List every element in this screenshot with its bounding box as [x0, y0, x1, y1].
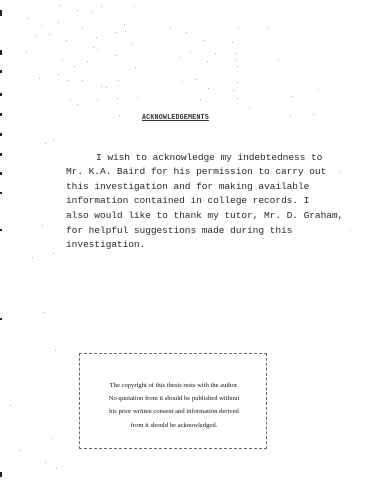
scan-noise: [313, 114, 314, 115]
scan-noise: [77, 104, 78, 105]
scan-noise: [340, 172, 341, 173]
scan-noise: [45, 462, 46, 463]
copyright-line: No quotation from it should be published…: [80, 395, 268, 402]
scan-noise: [10, 405, 11, 406]
scan-noise: [53, 253, 54, 254]
scan-noise: [267, 27, 268, 28]
body-line: also would like to thank my tutor, Mr. D…: [66, 210, 343, 221]
scan-noise: [28, 18, 29, 19]
scan-noise: [186, 32, 187, 33]
scan-noise: [91, 12, 92, 13]
scan-noise: [190, 52, 191, 53]
scan-noise: [237, 98, 238, 99]
scan-noise: [237, 66, 238, 67]
scan-noise: [77, 10, 78, 11]
scan-edge-mark: [0, 472, 2, 477]
scan-noise: [49, 34, 50, 35]
page-title: ACKNOWLEDGEMENTS: [142, 114, 209, 122]
scan-noise: [208, 88, 209, 89]
scan-noise: [180, 57, 181, 58]
scan-noise: [106, 87, 107, 88]
scan-noise: [93, 47, 94, 48]
scan-noise: [45, 143, 46, 144]
scan-noise: [68, 80, 69, 81]
scan-noise: [82, 80, 83, 81]
scan-edge-mark: [0, 70, 2, 73]
scan-noise: [36, 36, 37, 37]
scan-noise: [97, 100, 98, 101]
scan-noise: [200, 99, 201, 100]
scan-noise: [237, 82, 238, 83]
scan-edge-mark: [0, 153, 2, 156]
scan-noise: [87, 61, 88, 62]
scan-noise: [318, 89, 319, 90]
copyright-notice-box: The copyright of this thesis rests with …: [79, 353, 267, 449]
scan-noise: [249, 107, 250, 108]
scan-noise: [117, 98, 118, 99]
scan-edge-mark: [0, 229, 2, 231]
scan-noise: [101, 86, 102, 87]
scan-noise: [233, 90, 234, 91]
scan-noise: [66, 40, 67, 41]
scan-edge-mark: [0, 318, 2, 320]
body-line: I wish to acknowledge my indebtedness to: [96, 152, 322, 163]
scan-noise: [132, 43, 133, 44]
scan-noise: [55, 350, 56, 351]
scan-noise: [278, 59, 279, 60]
scan-noise: [82, 27, 83, 28]
scan-edge-mark: [0, 133, 2, 136]
scanned-page: ACKNOWLEDGEMENTS I wish to acknowledge m…: [0, 0, 365, 480]
scan-noise: [97, 49, 98, 50]
scan-noise: [134, 6, 135, 7]
scan-noise: [26, 51, 27, 52]
scan-noise: [232, 42, 233, 43]
scan-noise: [115, 55, 116, 56]
body-line: this investigation and for making availa…: [66, 181, 309, 192]
scan-noise: [115, 32, 116, 33]
scan-noise: [235, 59, 236, 60]
scan-edge-mark: [0, 50, 2, 55]
scan-noise: [292, 96, 293, 97]
body-line: investigation.: [66, 239, 145, 250]
body-line: for helpful suggestions made during this: [66, 225, 292, 236]
scan-noise: [43, 312, 44, 313]
scan-noise: [74, 66, 75, 67]
scan-edge-mark: [0, 172, 2, 175]
body-line: information contained in college records…: [66, 195, 309, 206]
scan-noise: [207, 61, 208, 62]
scan-noise: [236, 53, 237, 54]
scan-noise: [182, 81, 183, 82]
scan-noise: [42, 225, 43, 226]
scan-noise: [170, 27, 171, 28]
scan-noise: [41, 25, 42, 26]
scan-noise: [118, 80, 119, 81]
scan-noise: [56, 468, 57, 469]
scan-noise: [70, 99, 71, 100]
scan-noise: [124, 24, 125, 25]
scan-edge-mark: [0, 113, 2, 116]
scan-edge-mark: [0, 10, 2, 16]
copyright-line: from it should be acknowledged.: [80, 422, 268, 429]
scan-noise: [20, 450, 21, 451]
scan-noise: [196, 79, 197, 80]
scan-noise: [125, 31, 126, 32]
scan-noise: [204, 40, 205, 41]
scan-edge-mark: [0, 192, 2, 194]
scan-noise: [52, 438, 53, 439]
scan-noise: [135, 67, 136, 68]
scan-edge-mark: [0, 93, 2, 96]
scan-noise: [53, 140, 54, 141]
copyright-line: The copyright of this thesis rests with …: [80, 382, 268, 389]
scan-noise: [215, 53, 216, 54]
scan-noise: [101, 6, 102, 7]
scan-noise: [137, 97, 138, 98]
scan-noise: [62, 60, 63, 61]
scan-noise: [59, 5, 60, 6]
scan-noise: [32, 257, 33, 258]
copyright-line: his prior written consent and informatio…: [80, 408, 268, 415]
scan-noise: [58, 74, 59, 75]
scan-noise: [350, 230, 351, 231]
scan-noise: [238, 28, 239, 29]
scan-noise: [290, 115, 291, 116]
body-line: Mr. K.A. Baird for his permission to car…: [66, 166, 326, 177]
scan-noise: [96, 37, 97, 38]
scan-noise: [58, 22, 59, 23]
scan-noise: [119, 115, 120, 116]
scan-noise: [39, 78, 40, 79]
